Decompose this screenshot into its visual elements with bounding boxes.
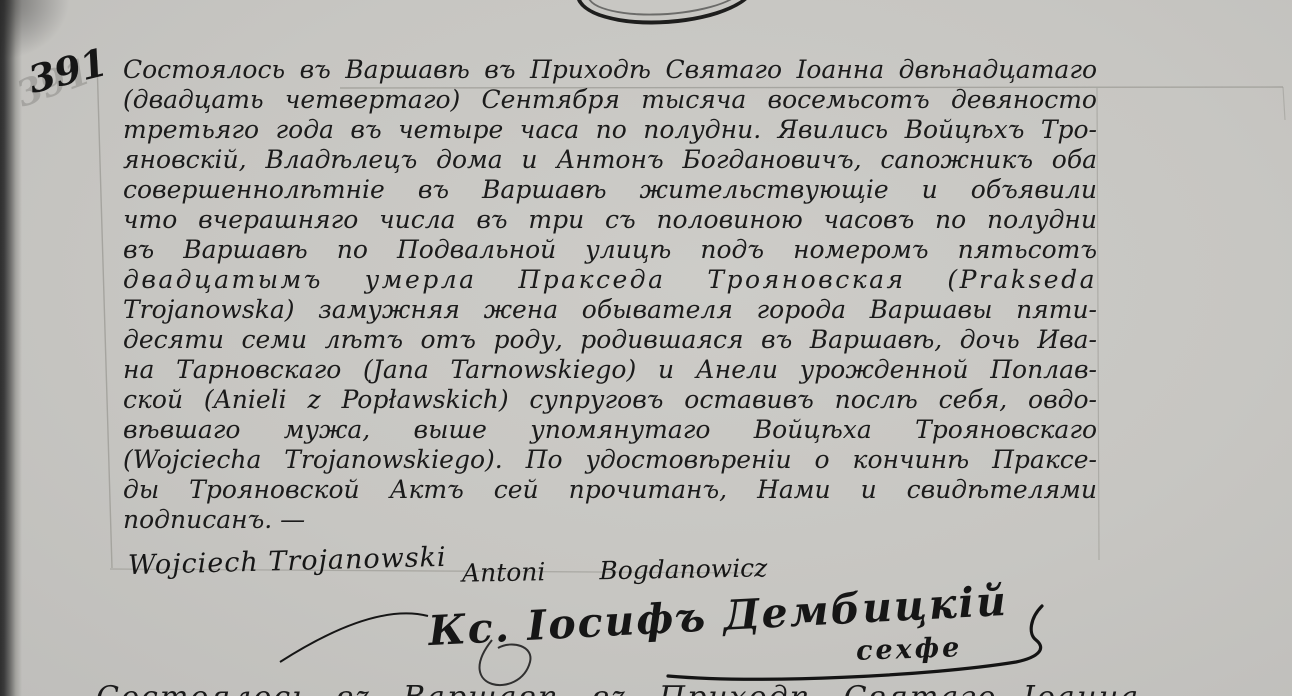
record-line-15: ды Трояновской Актъ сей прочитанъ, Нами … xyxy=(123,475,1097,505)
scanned-death-record-page: 391 391 Состоялось въ Варшавѣ въ Приходѣ… xyxy=(0,0,1292,696)
record-line-3: третьяго года въ четыре часа по полудни.… xyxy=(123,115,1097,145)
signature-witness-trojanowski: Wojciech Trojanowski xyxy=(128,542,447,581)
record-line-16: подписанъ. — xyxy=(123,505,305,535)
record-line-1: Состоялось въ Варшавѣ въ Приходѣ Святаго… xyxy=(123,55,1097,85)
record-line-2: (двадцать четвертаго) Сентября тысяча во… xyxy=(123,85,1097,115)
record-line-8: двадцатымъ умерла Пракседа Трояновская (… xyxy=(123,265,1097,295)
record-line-13: вѣвшаго мужа, выше упомянутаго Войцѣха Т… xyxy=(123,415,1097,445)
scan-left-edge xyxy=(0,0,22,696)
record-line-6: что вчерашняго числа въ три съ половиною… xyxy=(123,205,1097,235)
record-line-5: совершеннолѣтніе въ Варшавѣ жительствующ… xyxy=(123,175,1097,205)
record-line-9: Trojanowska) замужняя жена обывателя гор… xyxy=(123,295,1097,325)
record-line-11: на Тарновскаго (Jana Tarnowskiego) и Ане… xyxy=(123,355,1097,385)
record-line-7: въ Варшавѣ по Подвальной улицѣ подъ номе… xyxy=(123,235,1097,265)
signature-official-paraph: сехфе xyxy=(855,632,962,667)
record-line-12: ской (Anieli z Popławskich) супруговъ ос… xyxy=(123,385,1097,415)
next-record-cutoff-line: Состоялось въ Варшавѣ въ Приходѣ Святаго… xyxy=(96,681,1196,696)
signature-witness-bogdanowicz: Antoni Bogdanowicz xyxy=(462,553,768,587)
record-line-14: (Wojciecha Trojanowskiego). По удостовѣр… xyxy=(123,445,1097,475)
record-line-10: десяти семи лѣтъ отъ роду, родившаяся въ… xyxy=(123,325,1097,355)
partial-oval-stamp-icon xyxy=(574,0,758,30)
stamp-inner-ring xyxy=(586,0,747,20)
record-line-4: яновскій, Владѣлецъ дома и Антонъ Богдан… xyxy=(123,145,1097,175)
